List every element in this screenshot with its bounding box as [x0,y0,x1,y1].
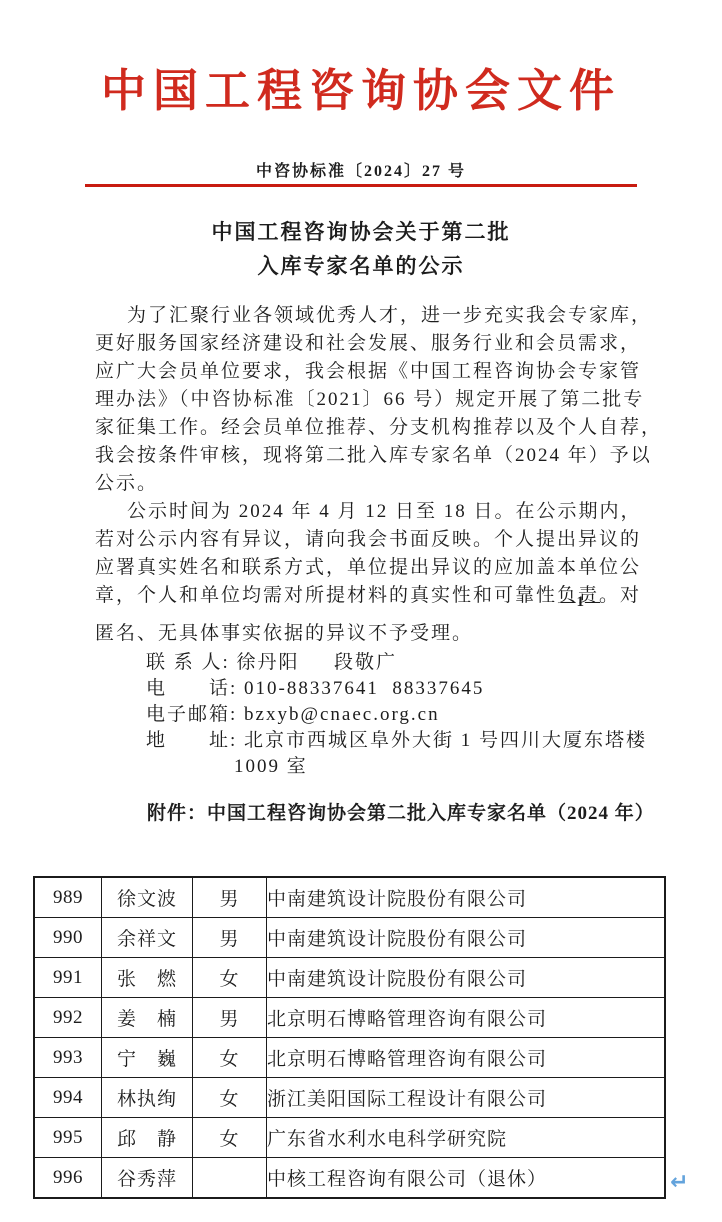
table-row: 992 姜 楠 男 北京明石博略管理咨询有限公司 [34,998,665,1038]
cell-gender: 女 [193,1038,267,1078]
cell-name: 宁 巍 [102,1038,193,1078]
cell-gender: 女 [193,1078,267,1118]
body-line: 家征集工作。经会员单位推荐、分支机构推荐以及个人自荐， [95,414,647,442]
cell-name: 姜 楠 [102,998,193,1038]
cell-gender: 男 [193,998,267,1038]
cell-no: 990 [34,918,102,958]
page-number: —1— [95,594,601,611]
cell-gender: 女 [193,1118,267,1158]
cell-no: 992 [34,998,102,1038]
cell-gender: 男 [193,877,267,918]
body-line: 我会按条件审核，现将第二批入库专家名单（2024 年）予以 [95,442,647,470]
body-line: 应广大会员单位要求，我会根据《中国工程咨询协会专家管 [95,358,647,386]
notice-title-line2: 入库专家名单的公示 [0,249,722,283]
cell-org: 中核工程咨询有限公司（退休） [267,1158,666,1199]
document-page: 中国工程咨询协会文件 中咨协标准〔2024〕27 号 中国工程咨询协会关于第二批… [0,0,722,1222]
body-line: 公示。 [95,470,647,498]
cell-org: 中南建筑设计院股份有限公司 [267,877,666,918]
paragraph-continuation: 匿名、无具体事实依据的异议不予受理。 [95,620,647,648]
red-divider-rule [85,184,637,187]
cell-name: 张 燃 [102,958,193,998]
expert-roster-table: 989 徐文波 男 中南建筑设计院股份有限公司 990 余祥文 男 中南建筑设计… [33,876,666,1199]
table-row: 993 宁 巍 女 北京明石博略管理咨询有限公司 [34,1038,665,1078]
cell-gender [193,1158,267,1199]
contact-email-line: 电子邮箱: bzxyb@cnaec.org.cn [146,702,647,728]
cell-org: 中南建筑设计院股份有限公司 [267,918,666,958]
cell-org: 浙江美阳国际工程设计有限公司 [267,1078,666,1118]
cell-org: 中南建筑设计院股份有限公司 [267,958,666,998]
body-line: 应署真实姓名和联系方式，单位提出异议的应加盖本单位公 [95,554,647,582]
cell-gender: 女 [193,958,267,998]
attachment-line: 附件：中国工程咨询协会第二批入库专家名单（2024 年） [147,800,655,828]
table-row: 994 林执绚 女 浙江美阳国际工程设计有限公司 [34,1078,665,1118]
body-line: 为了汇聚行业各领域优秀人才，进一步充实我会专家库， [95,302,647,330]
cell-no: 996 [34,1158,102,1199]
table-row: 989 徐文波 男 中南建筑设计院股份有限公司 [34,877,665,918]
body-line: 匿名、无具体事实依据的异议不予受理。 [95,620,647,648]
cell-no: 994 [34,1078,102,1118]
body-text: 为了汇聚行业各领域优秀人才，进一步充实我会专家库， 更好服务国家经济建设和社会发… [95,302,647,610]
contact-address-line2: 1009 室 [146,754,647,780]
contact-info: 联 系 人: 徐丹阳 段敬广 电 话: 010-88337641 8833764… [146,650,647,780]
cell-gender: 男 [193,918,267,958]
body-line: 理办法》（中咨协标准〔2021〕66 号）规定开展了第二批专 [95,386,647,414]
cell-no: 989 [34,877,102,918]
body-line: 公示时间为 2024 年 4 月 12 日至 18 日。在公示期内， [95,498,647,526]
contact-phone-line: 电 话: 010-88337641 88337645 [146,676,647,702]
table-row: 996 谷秀萍 中核工程咨询有限公司（退休） [34,1158,665,1199]
notice-title-line1: 中国工程咨询协会关于第二批 [0,215,722,249]
table-row: 991 张 燃 女 中南建筑设计院股份有限公司 [34,958,665,998]
cell-no: 995 [34,1118,102,1158]
contact-person-line: 联 系 人: 徐丹阳 段敬广 [146,650,647,676]
table-row: 990 余祥文 男 中南建筑设计院股份有限公司 [34,918,665,958]
return-pilcrow-icon: ↵ [670,1170,688,1195]
body-line: 更好服务国家经济建设和社会发展、服务行业和会员需求， [95,330,647,358]
cell-name: 余祥文 [102,918,193,958]
cell-org: 广东省水利水电科学研究院 [267,1118,666,1158]
contact-address-line: 地 址: 北京市西城区阜外大街 1 号四川大厦东塔楼 [146,728,647,754]
red-letterhead-title: 中国工程咨询协会文件 [0,54,722,119]
cell-no: 993 [34,1038,102,1078]
document-number: 中咨协标准〔2024〕27 号 [0,158,722,181]
paragraph-1: 为了汇聚行业各领域优秀人才，进一步充实我会专家库， 更好服务国家经济建设和社会发… [95,302,647,498]
cell-name: 徐文波 [102,877,193,918]
cell-name: 邱 静 [102,1118,193,1158]
cell-org: 北京明石博略管理咨询有限公司 [267,1038,666,1078]
cell-org: 北京明石博略管理咨询有限公司 [267,998,666,1038]
cell-name: 谷秀萍 [102,1158,193,1199]
body-line: 若对公示内容有异议，请向我会书面反映。个人提出异议的 [95,526,647,554]
table-row: 995 邱 静 女 广东省水利水电科学研究院 [34,1118,665,1158]
cell-no: 991 [34,958,102,998]
notice-title: 中国工程咨询协会关于第二批 入库专家名单的公示 [0,215,722,283]
cell-name: 林执绚 [102,1078,193,1118]
